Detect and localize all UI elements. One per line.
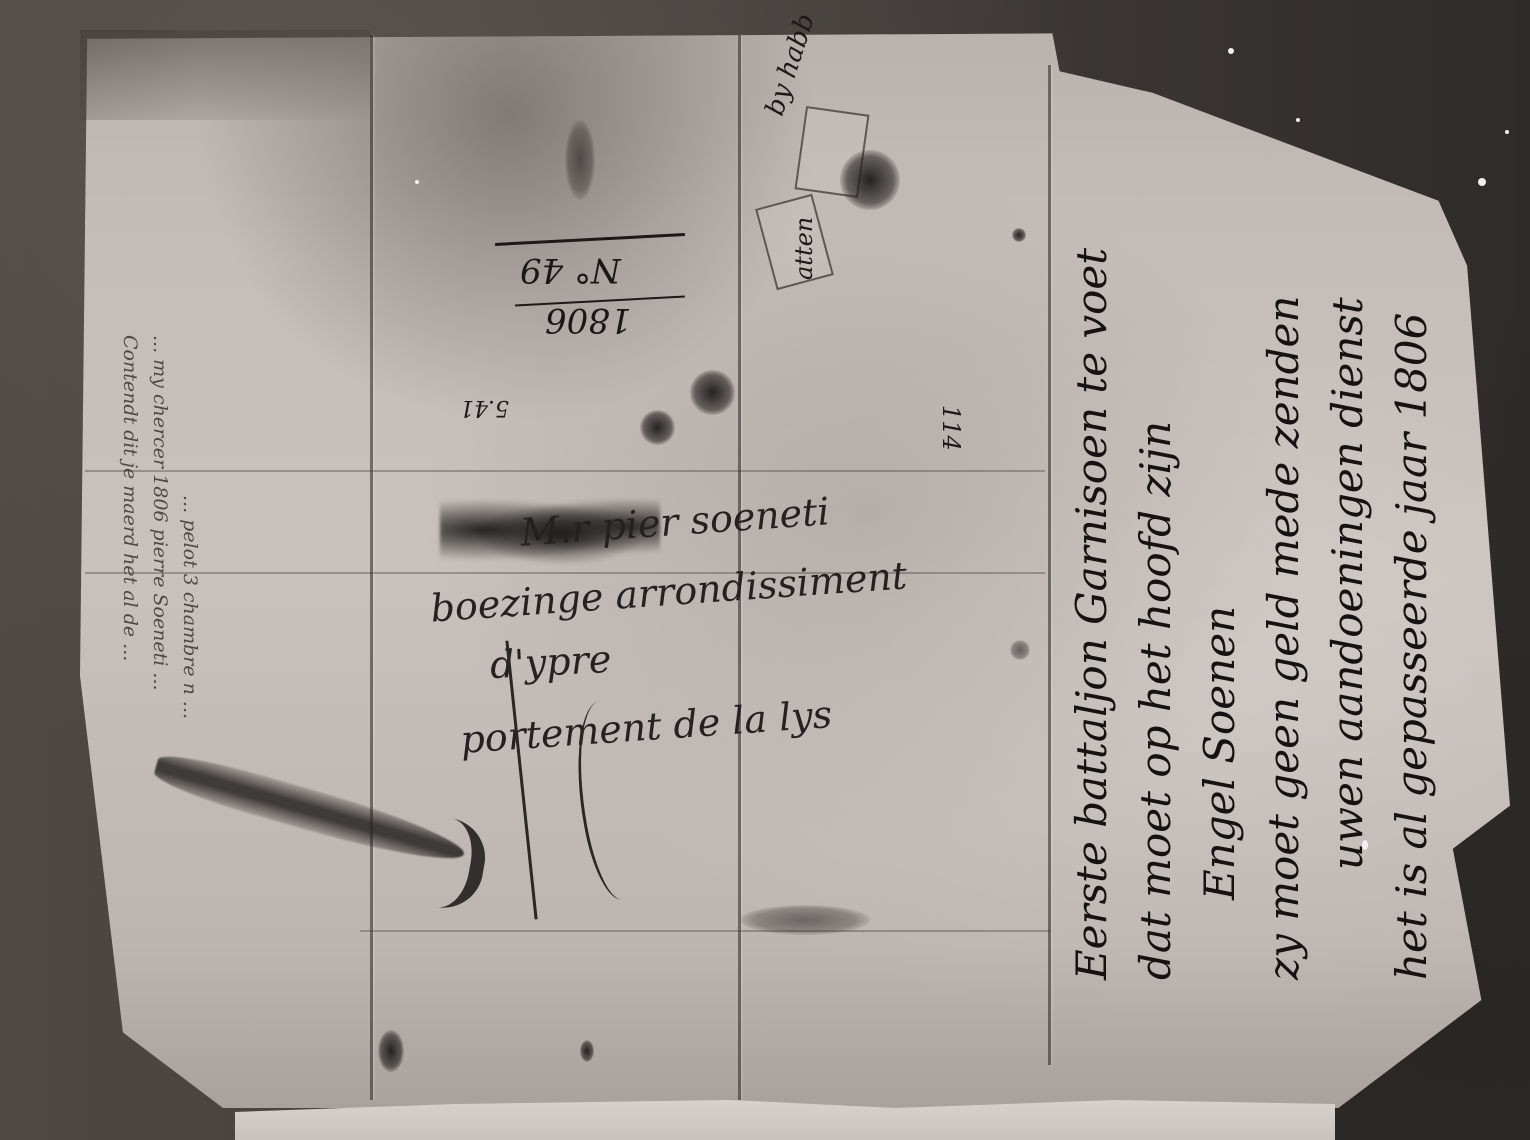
ink-stain bbox=[1012, 228, 1026, 242]
dust-speck bbox=[1362, 840, 1368, 850]
right-panel-text: Eerste battaljon Garnisoen te voet dat m… bbox=[1060, 248, 1444, 980]
right-text-line: Eerste battaljon Garnisoen te voet bbox=[1060, 248, 1124, 980]
dust-speck bbox=[1505, 130, 1509, 134]
dust-speck bbox=[415, 180, 419, 184]
ink-stain bbox=[1010, 640, 1030, 660]
seal-annotation: atten bbox=[790, 217, 818, 280]
dust-speck bbox=[1228, 48, 1234, 54]
right-text-line: zy moet geen geld mede zenden bbox=[1252, 248, 1316, 980]
year-mark: 1806 bbox=[545, 300, 632, 340]
left-text-line: ... pelot 3 chambre n ... bbox=[175, 335, 205, 719]
dust-speck bbox=[1296, 118, 1300, 122]
fold-line bbox=[1048, 65, 1051, 1065]
fold-line bbox=[85, 470, 1045, 472]
right-text-line: uwen aandoeningen dienst bbox=[1316, 248, 1380, 980]
ink-stain bbox=[378, 1030, 404, 1072]
underlying-paper-edge bbox=[235, 1100, 1335, 1140]
document-year-mark: 1806 bbox=[545, 300, 632, 340]
left-text-line: ... my chercer 1806 pierre Soeneti ... bbox=[145, 335, 175, 719]
small-mark-left: 5.41 bbox=[460, 395, 509, 420]
fold-line bbox=[370, 35, 373, 1100]
left-text-line: Contendt dit je maerd het al de ... bbox=[115, 335, 145, 719]
ink-stain bbox=[640, 410, 675, 445]
left-panel-text: ... pelot 3 chambre n ... ... my chercer… bbox=[115, 335, 205, 719]
seal-residue-stain bbox=[840, 150, 900, 210]
right-text-line: dat moet op het hoofd zijn bbox=[1124, 248, 1188, 980]
number-mark: N° 49 bbox=[520, 250, 621, 290]
ink-stain bbox=[580, 1040, 594, 1062]
seal-residue-stain bbox=[565, 120, 595, 200]
ink-stain bbox=[740, 905, 870, 935]
right-text-line: Engel Soenen bbox=[1188, 248, 1252, 980]
small-mark-right: 114 bbox=[937, 405, 965, 451]
dust-speck bbox=[1478, 178, 1486, 186]
fold-line bbox=[360, 930, 1050, 932]
document-number-mark: N° 49 bbox=[520, 250, 621, 290]
right-text-line: het is al gepasseerde jaar 1806 bbox=[1380, 248, 1444, 980]
ink-stain bbox=[690, 370, 735, 415]
